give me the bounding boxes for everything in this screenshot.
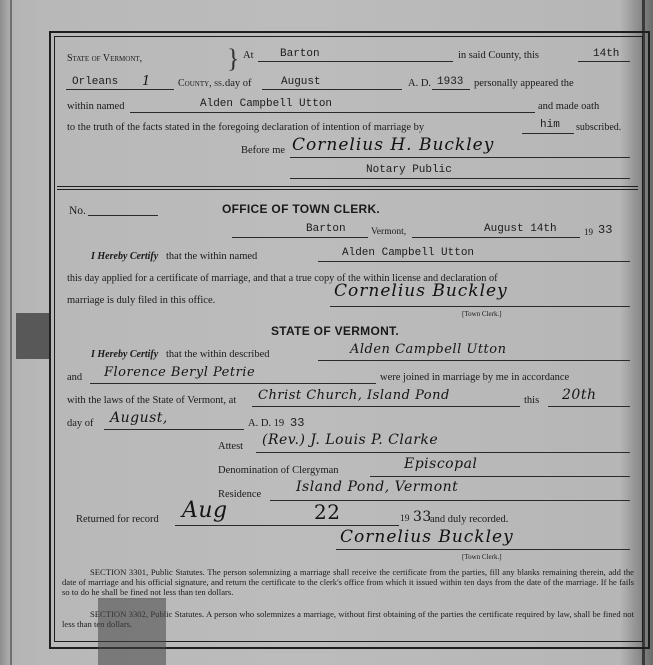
oath-county: Orleans <box>72 77 118 88</box>
oath-month: August <box>281 77 321 88</box>
marriage-month: August, <box>110 411 168 425</box>
clerk-year-prefix: 19 <box>584 228 593 237</box>
clerk-date: August 14th <box>484 224 557 235</box>
joined-text: were joined in marriage by me in accorda… <box>380 373 569 384</box>
before-me-label: Before me <box>241 146 285 157</box>
attest-label: Attest <box>218 442 243 453</box>
state-certify-text: that the within described <box>166 350 270 361</box>
record-clerk-caption: [Town Clerk.] <box>462 554 502 561</box>
returned-year: 33 <box>413 510 432 524</box>
clerk-caption: [Town Clerk.] <box>462 311 502 318</box>
oath-town: Barton <box>280 49 320 60</box>
bride-name: Florence Beryl Petrie <box>104 366 255 379</box>
groom-name: Alden Campbell Utton <box>350 343 506 356</box>
ink-smudge <box>98 598 166 665</box>
denomination-value: Episcopal <box>404 457 477 471</box>
binding-tab <box>16 313 50 359</box>
ad-label: A. D. <box>408 79 431 90</box>
record-clerk-signature: Cornelius Buckley <box>340 529 514 546</box>
returned-month: Aug <box>182 500 228 522</box>
day-of-label: day of <box>225 79 252 90</box>
clerk-text-line3: marriage is duly filed in this office. <box>67 296 215 307</box>
returned-day: 22 <box>314 502 340 522</box>
subscribed-label: subscribed. <box>576 123 621 133</box>
marriage-day: 20th <box>562 388 596 402</box>
within-named-label: within named <box>67 102 124 113</box>
clerk-name: Alden Campbell Utton <box>342 248 474 259</box>
day-of-label-2: day of <box>67 419 94 430</box>
clerk-year-suffix: 33 <box>598 224 612 236</box>
certify-label: I Hereby Certify <box>91 252 158 262</box>
oath-day: 14th <box>593 49 619 60</box>
page-edge-left <box>10 0 12 665</box>
section-divider <box>57 189 638 190</box>
marriage-ad-label: A. D. 19 <box>248 419 284 430</box>
in-said-county-label: in said County, this <box>458 51 539 62</box>
county-label: County, ss. <box>178 79 224 89</box>
document-scan: State of Vermont, } At Barton in said Co… <box>0 0 653 665</box>
marriage-place: Christ Church, Island Pond <box>258 389 450 402</box>
oath-year: 1933 <box>437 77 463 88</box>
brace: } <box>227 46 239 72</box>
clerk-town: Barton <box>306 224 346 235</box>
this-label: this <box>524 396 539 407</box>
notary-signature: Cornelius H. Buckley <box>292 137 494 154</box>
no-label: No. <box>69 206 86 218</box>
appeared-label: personally appeared the <box>474 79 574 90</box>
recorded-label: and duly recorded. <box>430 515 508 526</box>
oath-county-mark: 1 <box>142 75 151 88</box>
denomination-label: Denomination of Clergyman <box>218 466 339 477</box>
state-label: State of Vermont, <box>67 54 142 64</box>
notary-title: Notary Public <box>366 165 452 176</box>
oath-name: Alden Campbell Utton <box>200 99 332 110</box>
returned-label: Returned for record <box>76 515 159 526</box>
laws-text: with the laws of the State of Vermont, a… <box>67 396 236 407</box>
statute-3301: SECTION 3301, Public Statutes. The perso… <box>62 567 634 597</box>
residence-value: Island Pond, Vermont <box>296 480 458 494</box>
state-certify-label: I Hereby Certify <box>91 350 158 360</box>
at-label: At <box>243 51 254 62</box>
state-cert-heading: STATE OF VERMONT. <box>271 324 399 338</box>
clerk-signature: Cornelius Buckley <box>334 283 508 300</box>
and-label: and <box>67 373 82 384</box>
marriage-year: 33 <box>290 417 304 429</box>
returned-year-prefix: 19 <box>400 515 410 525</box>
clerk-office-heading: OFFICE OF TOWN CLERK. <box>222 202 380 216</box>
section-divider <box>57 186 638 187</box>
officiant-name: (Rev.) J. Louis P. Clarke <box>262 433 438 447</box>
certify-text: that the within named <box>166 252 257 263</box>
made-oath-label: and made oath <box>538 102 599 113</box>
truth-text: to the truth of the facts stated in the … <box>67 123 424 134</box>
vermont-label: Vermont, <box>371 228 406 238</box>
oath-pronoun: him <box>540 120 560 131</box>
